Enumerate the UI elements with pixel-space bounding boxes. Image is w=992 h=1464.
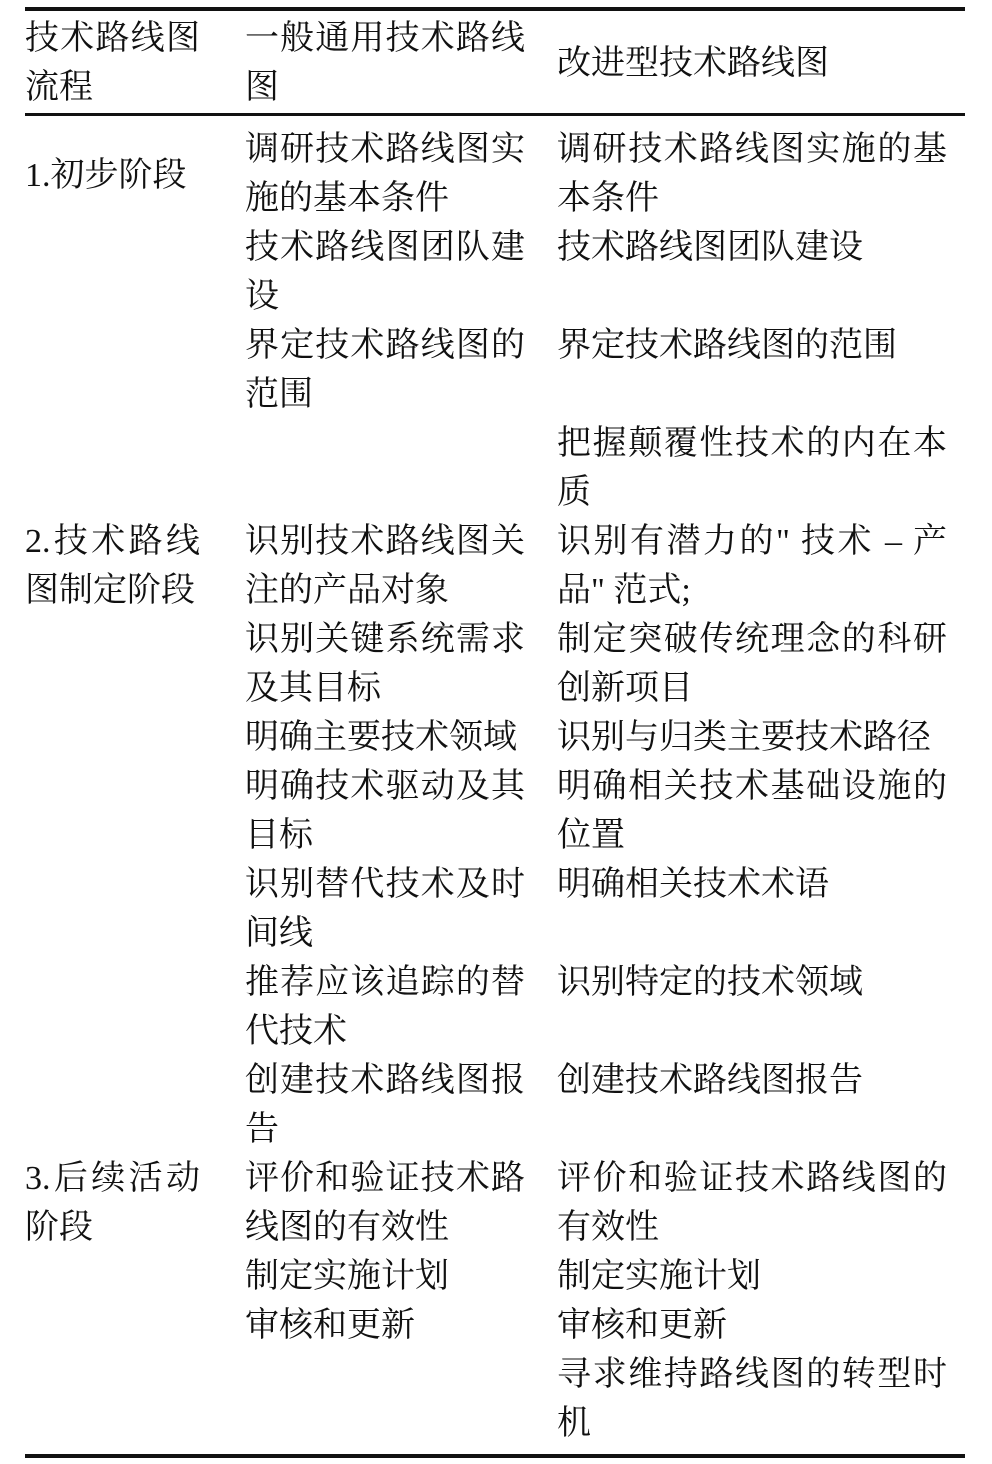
header-cell-improved-roadmap: 改进型技术路线图 — [557, 9, 965, 115]
stage-label: 1.初步阶段 — [25, 125, 200, 200]
improved-roadmap-cell: 制定实施计划 — [557, 1252, 965, 1301]
document-page: 技术路线图流程 一般通用技术路线图 改进型技术路线图 1.初步阶段调研技术路线图… — [0, 0, 992, 1464]
improved-roadmap-cell: 技术路线图团队建设 — [557, 223, 965, 321]
table-header: 技术路线图流程 一般通用技术路线图 改进型技术路线图 — [25, 9, 965, 115]
stage-label: 2.技术路线图制定阶段 — [25, 523, 200, 609]
improved-roadmap-cell: 创建技术路线图报告 — [557, 1056, 965, 1154]
generic-roadmap-cell: 审核和更新 — [245, 1301, 557, 1350]
generic-roadmap-cell: 明确主要技术领域 — [245, 713, 557, 762]
improved-roadmap-cell: 明确相关技术术语 — [557, 860, 965, 958]
improved-roadmap-cell: 寻求维持路线图的转型时机 — [557, 1350, 965, 1456]
header-row: 技术路线图流程 一般通用技术路线图 改进型技术路线图 — [25, 9, 965, 115]
generic-roadmap-cell — [245, 419, 557, 517]
improved-roadmap-cell: 审核和更新 — [557, 1301, 965, 1350]
stage-label-cell: 1.初步阶段 — [25, 115, 245, 518]
table-row: 3.后续活动阶段评价和验证技术路线图的有效性评价和验证技术路线图的有效性 — [25, 1154, 965, 1252]
generic-roadmap-cell: 界定技术路线图的范围 — [245, 321, 557, 419]
table-row: 2.技术路线图制定阶段识别技术路线图关注的产品对象识别有潜力的" 技术 – 产品… — [25, 517, 965, 615]
stage-label: 3.后续活动阶段 — [25, 1160, 200, 1246]
improved-roadmap-cell: 识别特定的技术领域 — [557, 958, 965, 1056]
improved-roadmap-cell: 把握颠覆性技术的内在本质 — [557, 419, 965, 517]
stage-label-cell: 2.技术路线图制定阶段 — [25, 517, 245, 1154]
table-body: 1.初步阶段调研技术路线图实施的基本条件调研技术路线图实施的基本条件技术路线图团… — [25, 115, 965, 1457]
generic-roadmap-cell: 推荐应该追踪的替代技术 — [245, 958, 557, 1056]
generic-roadmap-cell: 识别关键系统需求及其目标 — [245, 615, 557, 713]
header-cell-generic-roadmap: 一般通用技术路线图 — [245, 9, 557, 115]
generic-roadmap-cell: 技术路线图团队建设 — [245, 223, 557, 321]
header-cell-process: 技术路线图流程 — [25, 9, 245, 115]
roadmap-comparison-table: 技术路线图流程 一般通用技术路线图 改进型技术路线图 1.初步阶段调研技术路线图… — [25, 7, 965, 1458]
improved-roadmap-cell: 明确相关技术基础设施的位置 — [557, 762, 965, 860]
generic-roadmap-cell — [245, 1350, 557, 1456]
improved-roadmap-cell: 识别有潜力的" 技术 – 产品" 范式; — [557, 517, 965, 615]
generic-roadmap-cell: 明确技术驱动及其目标 — [245, 762, 557, 860]
improved-roadmap-cell: 制定突破传统理念的科研创新项目 — [557, 615, 965, 713]
table-row: 1.初步阶段调研技术路线图实施的基本条件调研技术路线图实施的基本条件 — [25, 115, 965, 224]
improved-roadmap-cell: 界定技术路线图的范围 — [557, 321, 965, 419]
stage-label-cell: 3.后续活动阶段 — [25, 1154, 245, 1456]
generic-roadmap-cell: 评价和验证技术路线图的有效性 — [245, 1154, 557, 1252]
generic-roadmap-cell: 识别技术路线图关注的产品对象 — [245, 517, 557, 615]
generic-roadmap-cell: 制定实施计划 — [245, 1252, 557, 1301]
improved-roadmap-cell: 评价和验证技术路线图的有效性 — [557, 1154, 965, 1252]
improved-roadmap-cell: 识别与归类主要技术路径 — [557, 713, 965, 762]
generic-roadmap-cell: 调研技术路线图实施的基本条件 — [245, 115, 557, 224]
generic-roadmap-cell: 创建技术路线图报告 — [245, 1056, 557, 1154]
improved-roadmap-cell: 调研技术路线图实施的基本条件 — [557, 115, 965, 224]
generic-roadmap-cell: 识别替代技术及时间线 — [245, 860, 557, 958]
